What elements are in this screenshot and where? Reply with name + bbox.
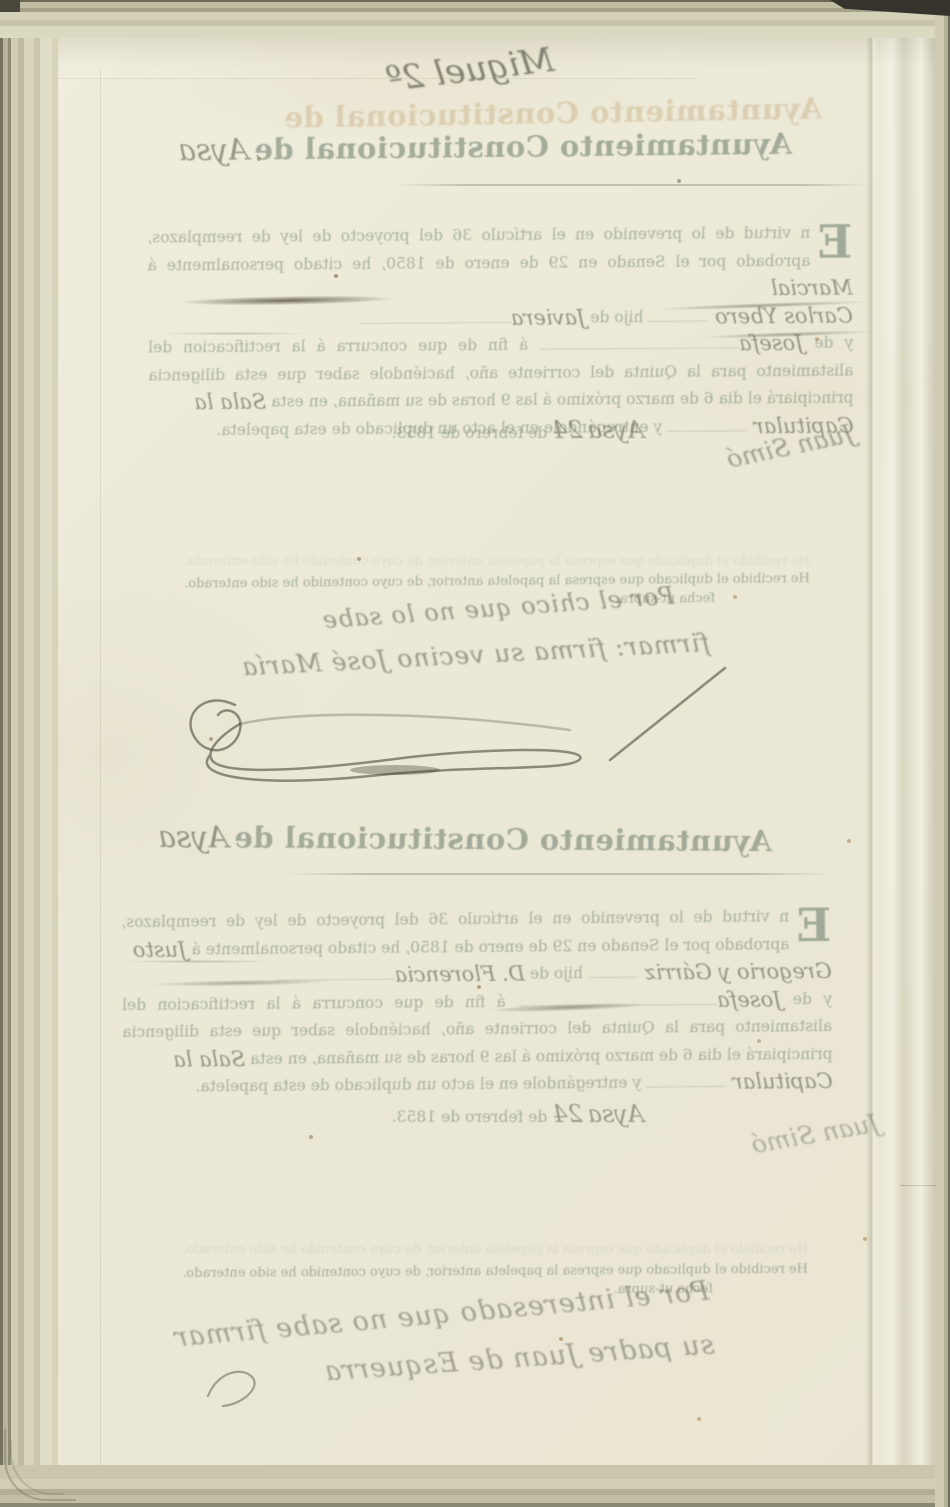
printed-text: hijo de [525,964,588,983]
handwritten-entry: Capitular [726,1069,833,1094]
printed-text: n virtud de lo prevenido en el artículo … [121,907,789,958]
signature-flourish [140,660,760,810]
blank-underline [646,1070,726,1087]
blank-underline [588,961,638,978]
fold-crease [866,38,878,1465]
handwritten-entry: Sala la [173,1047,245,1072]
date-line: Aysa 24 de febrero de 1853. [308,416,728,444]
notice-paragraph: En virtud de lo prevenido en el artículo… [121,903,833,1102]
printed-text: y de [782,989,833,1007]
ghost-receipt-band: He recibido el duplicado que espresa la … [150,554,810,569]
form-header-title: Ayuntamiento Constitucional de [234,820,772,858]
handwritten-entry: Josefa [717,987,782,1012]
form-header-place-hw: Aysa [178,132,249,168]
scanned-book-page: Miguel 2º Ayuntamiento Constitucional de… [0,0,950,1507]
blank-underline [539,332,739,350]
drop-cap: E [796,906,831,944]
handwritten-entry: Marcial [771,276,853,301]
printed-text: hijo de [585,307,648,325]
handwritten-entry: Justo [133,937,187,961]
page-edge-left [0,0,58,1507]
blank-underline [361,306,511,324]
ink-smear [160,332,310,335]
date-day-hw: 24 [552,416,583,444]
date-printed: de febrero de 1853. [392,424,548,442]
header-rule [285,873,830,875]
drop-cap: E [817,223,852,261]
handwritten-entry: Gregorio y Gárriz [638,959,832,985]
header-rule [395,184,870,186]
paper-edge-mark [900,1185,936,1186]
date-place-hw: Aysa [588,416,645,444]
signature-hw: Juan Simó [719,1108,882,1164]
page-edge-bottom [0,1465,950,1507]
paper-crease-vertical [100,68,101,1465]
scan-shadow-top-left [0,0,20,12]
pencil-mark [198,1356,268,1416]
blank-underline [275,963,395,981]
printed-text: y de [804,334,854,352]
date-day-hw: 24 [552,1100,583,1128]
handwritten-entry: Sala la [194,390,266,415]
foxing-speckles [58,38,60,40]
date-printed: de febrero de 1853. [392,1108,548,1126]
page-fore-edge-right [935,0,950,1507]
paper-sheet: Miguel 2º Ayuntamiento Constitucional de… [58,38,935,1465]
date-place-hw: Aysa [588,1100,645,1128]
ghost-receipt-band: He recibido el duplicado que espresa la … [148,1242,808,1257]
form-header-place-hw: Aysa [158,820,229,855]
printed-text: y entregándole en el acto un duplicado d… [195,1074,646,1096]
printed-text: n virtud de lo prevenido en el artículo … [147,224,810,274]
handwritten-entry: D. Florencia [395,962,526,987]
form-header: Ayuntamiento Constitucional de Aysa [120,820,810,860]
handwritten-entry: Javiera [511,305,586,330]
ink-smear [122,960,272,963]
form-header: Ayuntamiento Constitucional de Aysa [140,126,830,168]
date-line: Aysa 24 de febrero de 1853. [298,1100,738,1128]
form-header-title: Ayuntamiento Constitucional de [254,127,792,167]
page-edge-top [0,0,950,38]
